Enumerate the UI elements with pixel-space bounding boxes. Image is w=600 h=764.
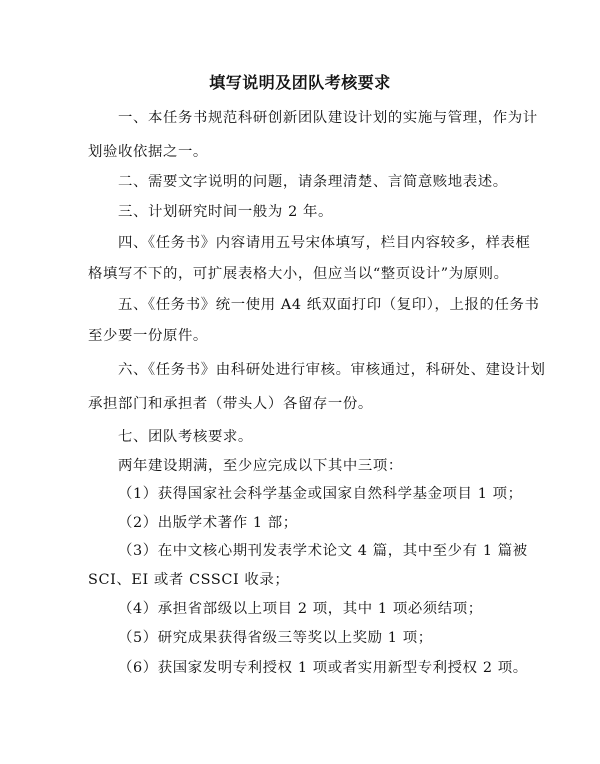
paragraph-2: 二、需要文字说明的问题，请条理清楚、言简意赅地表述。	[118, 172, 508, 192]
paragraph-7-intro: 两年建设期满，至少应完成以下其中三项：	[118, 456, 403, 476]
paragraph-1-line-1: 一、本任务书规范科研创新团队建设计划的实施与管理，作为计	[118, 108, 538, 128]
requirement-item-3-line-2: SCI、EI 或者 CSSCI 收录；	[88, 570, 289, 590]
paragraph-5-line-1: 五、《任务书》统一使用 A4 纸双面打印（复印），上报的任务书	[118, 295, 539, 315]
paragraph-6-line-2: 承担部门和承担者（带头人）各留存一份。	[88, 394, 373, 414]
paragraph-1-line-2: 划验收依据之一。	[88, 142, 208, 162]
paragraph-7-heading: 七、团队考核要求。	[118, 427, 253, 447]
requirement-item-3-line-1: （3）在中文核心期刊发表学术论文 4 篇，其中至少有 1 篇被	[118, 541, 528, 561]
document-title: 填写说明及团队考核要求	[0, 72, 600, 94]
requirement-item-5: （5）研究成果获得省级三等奖以上奖励 1 项；	[118, 628, 433, 648]
paragraph-4-line-1: 四、《任务书》内容请用五号宋体填写，栏目内容较多，样表框	[118, 233, 531, 253]
requirement-item-6: （6）获国家发明专利授权 1 项或者实用新型专利授权 2 项。	[118, 658, 528, 678]
paragraph-4-line-2: 格填写不下的，可扩展表格大小，但应当以“整页设计”为原则。	[88, 264, 509, 284]
paragraph-6-line-1: 六、《任务书》由科研处进行审核。审核通过，科研处、建设计划	[118, 360, 546, 380]
requirement-item-4: （4）承担省部级以上项目 2 项，其中 1 项必须结项；	[118, 599, 483, 619]
paragraph-3: 三、计划研究时间一般为 2 年。	[118, 202, 333, 222]
document-page: 填写说明及团队考核要求 一、本任务书规范科研创新团队建设计划的实施与管理，作为计…	[0, 0, 600, 764]
requirement-item-1: （1）获得国家社会科学基金或国家自然科学基金项目 1 项；	[118, 484, 523, 504]
paragraph-5-line-2: 至少要一份原件。	[88, 326, 208, 346]
requirement-item-2: （2）出版学术著作 1 部；	[118, 513, 298, 533]
